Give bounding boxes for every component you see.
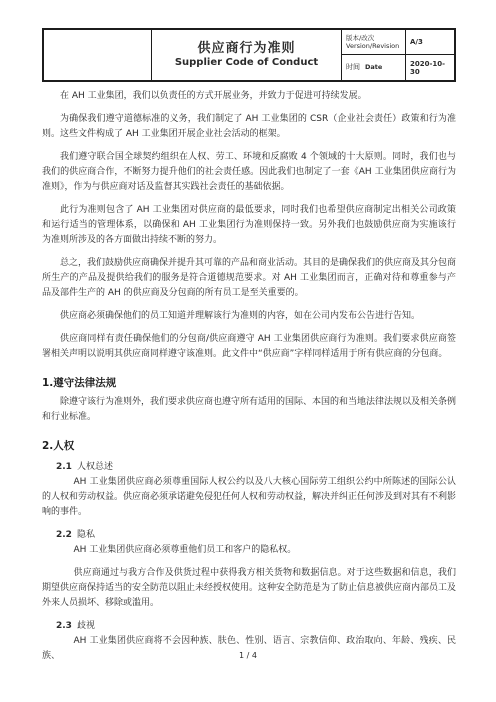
subsection-heading: 2.1人权总述: [42, 460, 456, 474]
paragraph: 供应商必须确保他们的员工知道并理解该行为准则的内容，如在公司内发布公告进行告知。: [42, 309, 456, 324]
subsection-title: 歧视: [77, 621, 95, 631]
paragraph: 供应商同样有责任确保他们的分包商/供应商遵守 AH 工业集团供应商行为准则。我们…: [42, 332, 456, 362]
subsection-privacy: 2.2隐私 AH 工业集团供应商必须尊重他们员工和客户的隐私权。 供应商通过与我…: [42, 528, 456, 611]
subsection-heading: 2.3歧视: [42, 619, 456, 633]
version-value: A/3: [406, 30, 454, 55]
version-label-cn: 版本/改次: [346, 34, 374, 42]
title-cell: 供应商行为准则 Supplier Code of Conduct: [152, 30, 342, 80]
section-heading: 1.遵守法律法规: [42, 375, 456, 390]
page-number: 1 / 4: [0, 651, 496, 660]
paragraph: 除遵守该行为准则外，我们要求供应商也遵守所有适用的国际、本国的和当地法律法规以及…: [42, 395, 456, 425]
subsection-human-rights-overview: 2.1人权总述 AH 工业集团供应商必须尊重国际人权公约以及八大核心国际劳工组织…: [42, 460, 456, 520]
subsection-number: 2.2: [56, 530, 72, 540]
date-label-cell: 时间 Date: [342, 55, 406, 80]
paragraph: 总之，我们鼓励供应商确保并提升其可靠的产品和商业活动。其目的是确保我们的供应商及…: [42, 256, 456, 301]
subsection-title: 隐私: [77, 530, 95, 540]
subsection-number: 2.1: [56, 462, 72, 472]
paragraph: 此行为准则包含了 AH 工业集团对供应商的最低要求，同时我们也希望供应商制定出相…: [42, 203, 456, 248]
section-legal-compliance: 1.遵守法律法规 除遵守该行为准则外，我们要求供应商也遵守所有适用的国际、本国的…: [42, 375, 456, 425]
subsection-heading: 2.2隐私: [42, 528, 456, 542]
intro-paragraphs: 在 AH 工业集团，我们以负责任的方式开展业务，并致力于促进可持续发展。 为确保…: [42, 89, 456, 362]
section-human-rights: 2.人权 2.1人权总述 AH 工业集团供应商必须尊重国际人权公约以及八大核心国…: [42, 438, 456, 664]
date-value: 2020-10-30: [406, 55, 454, 80]
paragraph: AH 工业集团供应商必须尊重国际人权公约以及八大核心国际劳工组织公约中所陈述的国…: [42, 475, 456, 520]
subsection-number: 2.3: [56, 621, 72, 631]
paragraph: 为确保我们遵守道德标准的义务，我们制定了 AH 工业集团的 CSR（企业社会责任…: [42, 112, 456, 142]
paragraph: 在 AH 工业集团，我们以负责任的方式开展业务，并致力于促进可持续发展。: [42, 89, 456, 104]
version-label-cell: 版本/改次 Version/Revision: [342, 30, 406, 55]
section-heading: 2.人权: [42, 438, 456, 453]
version-label-en: Version/Revision: [346, 42, 399, 50]
paragraph: AH 工业集团供应商必须尊重他们员工和客户的隐私权。: [42, 543, 456, 558]
document-title: 供应商行为准则: [197, 42, 295, 57]
document-subtitle: Supplier Code of Conduct: [175, 57, 318, 69]
date-label-en: Date: [365, 63, 382, 71]
document-content: 供应商行为准则 Supplier Code of Conduct 版本/改次 V…: [42, 28, 456, 672]
document-header-table: 供应商行为准则 Supplier Code of Conduct 版本/改次 V…: [42, 28, 456, 82]
subsection-title: 人权总述: [77, 462, 113, 472]
date-label-cn: 时间: [346, 63, 360, 72]
logo-cell: [44, 30, 152, 80]
paragraph: 我们遵守联合国全球契约组织在人权、劳工、环境和反腐败 4 个领域的十大原则。同时…: [42, 150, 456, 195]
document-page: 供应商行为准则 Supplier Code of Conduct 版本/改次 V…: [0, 0, 496, 702]
paragraph: 供应商通过与我方合作及供货过程中获得我方相关货物和数据信息。对于这些数据和信息，…: [42, 566, 456, 611]
